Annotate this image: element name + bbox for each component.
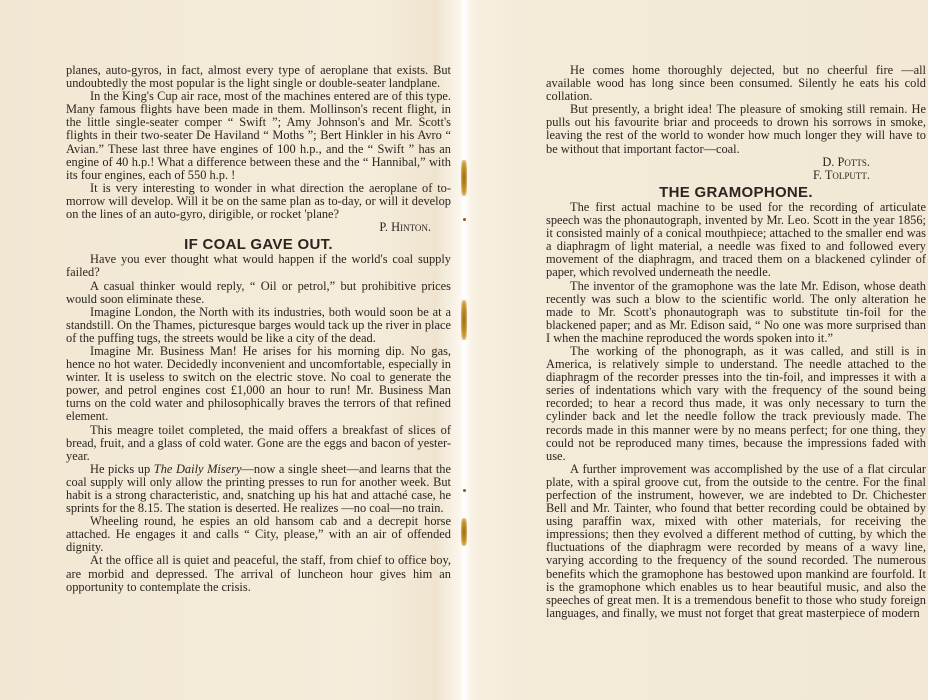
- author-signature: F. Tolputt.: [546, 169, 926, 182]
- right-page: He comes home thoroughly dejected, but n…: [546, 64, 926, 620]
- paragraph: The first actual machine to be used for …: [546, 201, 926, 280]
- paragraph: planes, auto-gyros, in fact, almost ever…: [66, 64, 451, 90]
- paragraph: He comes home thoroughly dejected, but n…: [546, 64, 926, 103]
- paragraph: A further improvement was accomplished b…: [546, 463, 926, 620]
- paragraph: A casual thinker would reply, “ Oil or p…: [66, 280, 451, 306]
- paragraph: But presently, a bright idea! The pleasu…: [546, 103, 926, 155]
- article-heading-coal: IF COAL GAVE OUT.: [66, 238, 451, 251]
- rust-speck: [463, 489, 466, 492]
- paragraph: Imagine Mr. Business Man! He arises for …: [66, 345, 451, 424]
- signature-line: P. Hinton.: [66, 221, 451, 234]
- rust-speck: [463, 218, 466, 221]
- paragraph: At the office all is quiet and peaceful,…: [66, 554, 451, 593]
- left-page: planes, auto-gyros, in fact, almost ever…: [66, 64, 451, 594]
- paragraph: It is very interesting to wonder in what…: [66, 182, 451, 221]
- staple-rust-mark-middle: [461, 300, 467, 340]
- paragraph: The inventor of the gramophone was the l…: [546, 280, 926, 345]
- staple-rust-mark-top: [461, 160, 467, 196]
- text-run: He picks up: [90, 462, 154, 476]
- author-signature: P. Hinton.: [379, 221, 451, 234]
- paragraph: Wheeling round, he espies an old hansom …: [66, 515, 451, 554]
- paragraph: In the King's Cup air race, most of the …: [66, 90, 451, 182]
- staple-rust-mark-bottom: [461, 518, 467, 546]
- newspaper-title: The Daily Misery: [154, 462, 242, 476]
- paragraph: He picks up The Daily Misery—now a singl…: [66, 463, 451, 515]
- book-spread: planes, auto-gyros, in fact, almost ever…: [0, 0, 928, 700]
- paragraph: Have you ever thought what would happen …: [66, 253, 451, 279]
- article-heading-gramophone: THE GRAMOPHONE.: [546, 186, 926, 199]
- paragraph: This meagre toilet completed, the maid o…: [66, 424, 451, 463]
- paragraph: The working of the phonograph, as it was…: [546, 345, 926, 463]
- paragraph: Imagine London, the North with its indus…: [66, 306, 451, 345]
- author-signature: D. Potts.: [546, 156, 926, 169]
